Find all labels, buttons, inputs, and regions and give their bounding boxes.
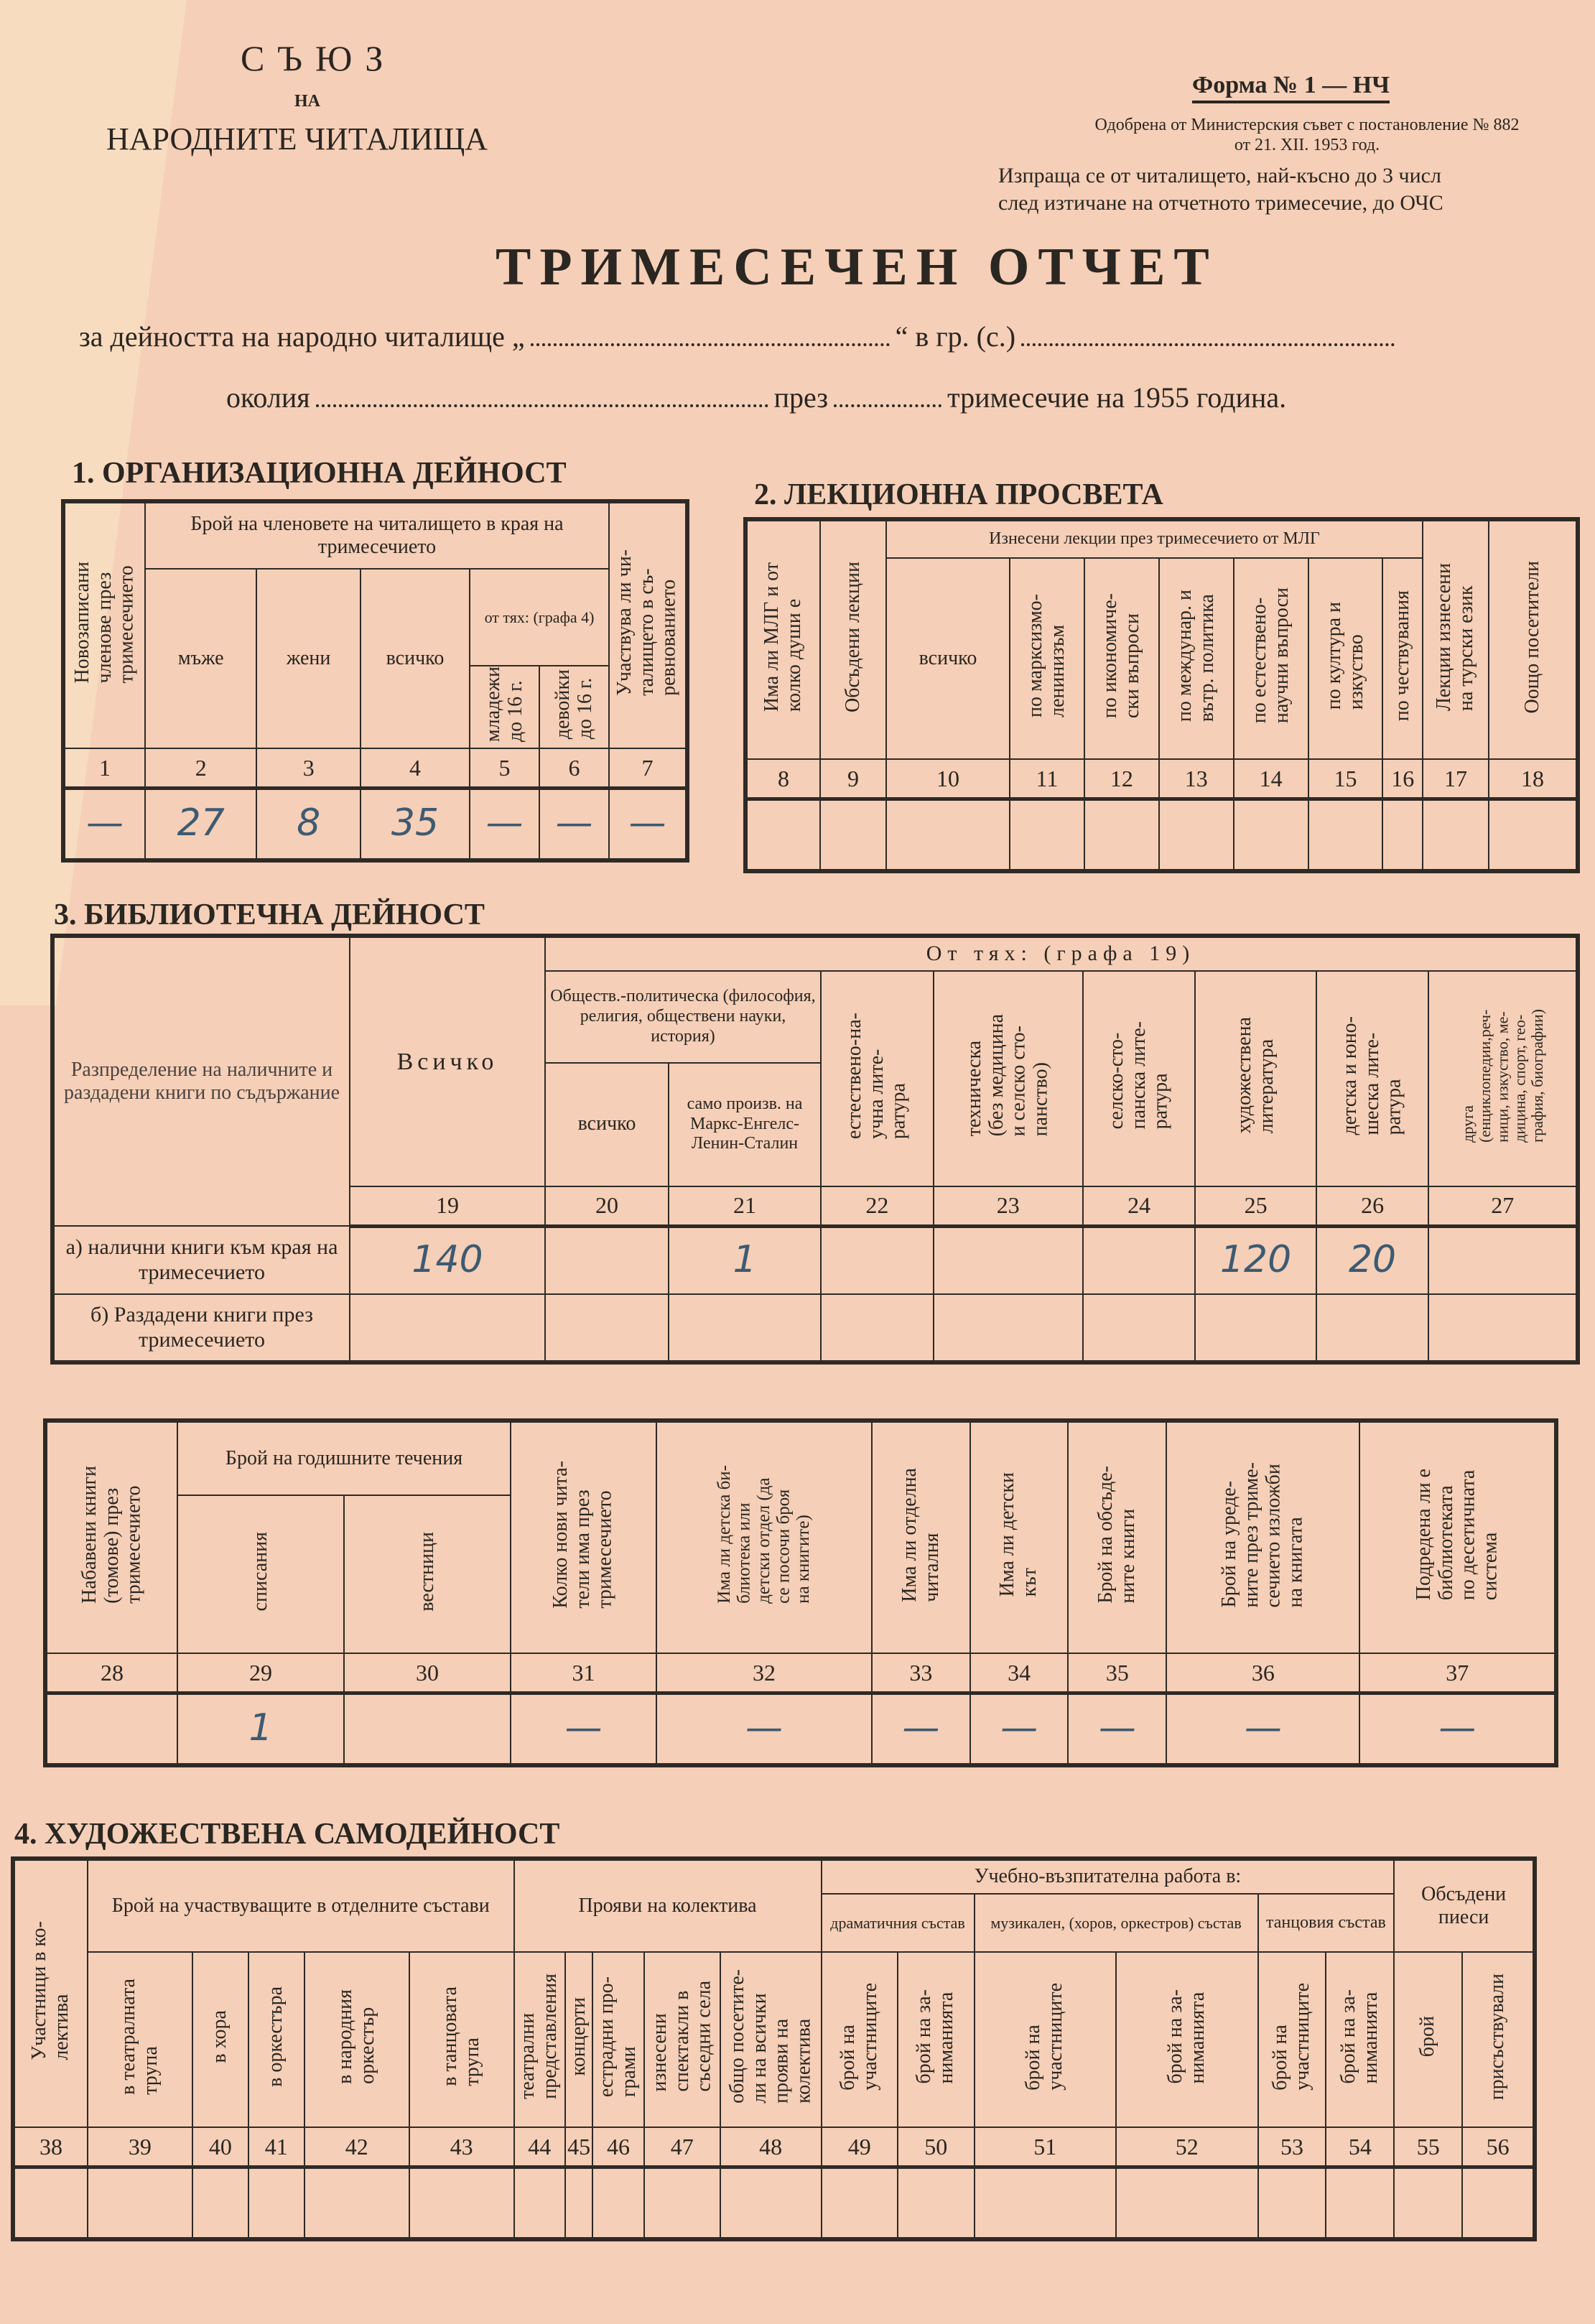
header-col-49: брой на участниците [822,1952,898,2127]
cell-20a[interactable] [545,1226,669,1294]
cell-56[interactable] [1462,2167,1535,2239]
row-a-label: а) налични книги към края на тримесечиет… [52,1226,350,1294]
periodicals-group: Брой на годишните течения [177,1421,511,1495]
approval-note: Одобрена от Министерския съвет с постано… [1020,115,1594,155]
art-activity-table: Участници в ко- лектива Брой на участвув… [11,1856,1537,2241]
cell-28[interactable] [45,1693,177,1765]
row-b-label: б) Раздадени книги през тримесечието [52,1294,350,1362]
header-col-20: всичко [545,1063,669,1186]
header-col-26: детска и юно- шеска лите- ратура [1316,971,1429,1186]
cell-10[interactable] [886,799,1010,871]
drama-subgroup: драматичния състав [822,1894,975,1952]
header-col-40: в хора [192,1952,248,2127]
header-col-43: в танцовата трупа [409,1952,514,2127]
cell-6[interactable]: — [539,789,609,860]
header-col-52: брой на за- ниманията [1116,1952,1258,2127]
quarter-field[interactable] [834,404,941,407]
header-col-25: художествена литература [1195,971,1316,1186]
district-field[interactable] [316,404,768,407]
cell-1[interactable]: — [63,789,145,860]
header-col-10: всичко [886,558,1010,759]
header-col-12: по икономиче- ски въпроси [1084,558,1159,759]
header-col-41: в оркестъра [248,1952,304,2127]
cell-48[interactable] [720,2167,822,2239]
header-col-4: всичко [361,569,470,748]
header-col-36: Брой на уреде- ните през триме- сечието … [1166,1421,1359,1653]
header-col-53: брой на участниците [1258,1952,1326,2127]
cell-38[interactable] [13,2167,88,2239]
subgroup-header: от тях: (графа 4) [470,569,609,666]
header-col-17: Лекции изнесени на турски език [1423,519,1489,759]
cell-55[interactable] [1394,2167,1462,2239]
intro-town-label: “ в гр. (с.) [896,320,1015,353]
cell-32[interactable]: — [656,1693,872,1765]
header-col-5: младежи до 16 г. [470,666,539,748]
cell-31[interactable]: — [511,1693,656,1765]
section-4-title: 4. ХУДОЖЕСТВЕНА САМОДЕЙНОСТ [14,1817,559,1851]
district-label: околия [226,381,310,414]
library-table: Разпределение на наличните и раздадени к… [50,934,1580,1365]
lecture-table: Има ли МЛГ и от колко души е Обсъдени ле… [743,517,1580,873]
header-col-45: концерти [565,1952,592,2127]
header-col-14: по естествено- научни въпроси [1234,558,1308,759]
cell-29[interactable]: 1 [177,1693,344,1765]
dance-subgroup: танцовия състав [1258,1894,1395,1952]
cell-26b[interactable] [1316,1294,1429,1362]
header-col-1: Новозаписани членове през тримесечието [63,501,145,748]
table-row [13,2167,1535,2239]
cell-27a[interactable] [1428,1226,1578,1294]
cell-7[interactable]: — [609,789,687,860]
column-numbers-row: 1234567 [63,748,687,789]
header-col-11: по марксизмо- ленинизъм [1010,558,1084,759]
plays-group: Обсъдени пиеси [1394,1859,1535,1952]
header-col-48: общо посетите- ли на всички прояви на ко… [720,1952,822,2127]
cell-30[interactable] [344,1693,511,1765]
chitalishte-name-field[interactable] [531,343,890,346]
header-col-31: Колко нови чита- тели има през тримесечи… [511,1421,656,1653]
cell-15[interactable] [1308,799,1383,871]
column-numbers-row: 28293031323334353637 [45,1653,1556,1693]
header-col-33: Има ли отделна читалня [872,1421,970,1653]
header-col-21: само произв. на Маркс-Енгелс-Ленин-Стали… [669,1063,821,1186]
header-col-46: естрадни про- грами [592,1952,643,2127]
header-col-15: по култура и изкуство [1308,558,1383,759]
cell-40[interactable] [192,2167,248,2239]
intro-line-2: околияпрезтримесечие на 1955 година. [226,381,1286,414]
header-col-22: естествено-на- учна лите- ратура [821,971,934,1186]
cell-36[interactable]: — [1166,1693,1359,1765]
social-political-group: Обществ.-политическа (философия, религия… [545,971,821,1063]
header-col-47: изнесени спектакли в съседни села [644,1952,720,2127]
section-2-title: 2. ЛЕКЦИОННА ПРОСВЕТА [754,478,1163,512]
cell-50[interactable] [898,2167,975,2239]
header-col-29: списания [177,1495,344,1653]
header-col-13: по междунар. и вътр. политика [1159,558,1234,759]
table-row: —27835——— [63,789,687,860]
header-col-24: селско-сто- панска лите- ратура [1083,971,1196,1186]
cell-17[interactable] [1423,799,1489,871]
cell-52[interactable] [1116,2167,1258,2239]
header-col-27: друга (енциклопедии,реч- ници, изкуство,… [1428,971,1578,1186]
section-1-title: 1. ОРГАНИЗАЦИОННА ДЕЙНОСТ [72,456,567,491]
header-col-37: Подредена ли е библиотеката по десетична… [1359,1421,1556,1653]
header-col-30: вестници [344,1495,511,1653]
cell-34[interactable]: — [970,1693,1069,1765]
header-col-32: Има ли детска би- блиотека или детски от… [656,1421,872,1653]
cell-43[interactable] [409,2167,514,2239]
table-row: 1——————— [45,1693,1556,1765]
header-col-34: Има ли детски кът [970,1421,1069,1653]
cell-24a[interactable] [1083,1226,1196,1294]
header-col-2: мъже [145,569,256,748]
cell-19a[interactable]: 140 [350,1226,545,1294]
cell-20b[interactable] [545,1294,669,1362]
cell-49[interactable] [822,2167,898,2239]
cell-27b[interactable] [1428,1294,1578,1362]
header-col-18: Оощо посетители [1489,519,1578,759]
column-numbers-row: 38394041424344454647484950515253545556 [13,2127,1535,2167]
union-title: СЪЮЗ [241,37,396,79]
cell-24b[interactable] [1083,1294,1196,1362]
table-row: б) Раздадени книги през тримесечието [52,1294,1578,1362]
cell-33[interactable]: — [872,1693,970,1765]
events-group: Прояви на колектива [514,1859,822,1952]
cell-21b[interactable] [669,1294,821,1362]
cell-22a[interactable] [821,1226,934,1294]
cell-41[interactable] [248,2167,304,2239]
cell-54[interactable] [1326,2167,1394,2239]
cell-45[interactable] [565,2167,592,2239]
cell-26a[interactable]: 20 [1316,1226,1429,1294]
header-col-55: брой [1394,1952,1462,2127]
cell-2[interactable]: 27 [145,789,256,860]
cell-35[interactable]: — [1068,1693,1166,1765]
cell-25a[interactable]: 120 [1195,1226,1316,1294]
header-col-9: Обсъдени лекции [820,519,886,759]
period-label: през [774,381,828,414]
cell-23b[interactable] [934,1294,1083,1362]
cell-5[interactable]: — [470,789,539,860]
header-col-28: Набавени книги (томове) през тримесечиет… [45,1421,177,1653]
of-them-group-header: От тях: (графа 19) [545,936,1578,971]
music-subgroup: музикален, (хоров, оркестров) състав [975,1894,1258,1952]
header-col-38: Участници в ко- лектива [13,1859,88,2127]
header-col-54: брой на за- ниманията [1326,1952,1394,2127]
cell-13[interactable] [1159,799,1234,871]
header-col-8: Има ли МЛГ и от колко души е [745,519,820,759]
library-details-table: Набавени книги (томове) през тримесечиет… [43,1418,1558,1767]
header-col-23: техническа (без медицина и селско сто- п… [934,971,1083,1186]
cell-46[interactable] [592,2167,643,2239]
submission-note: Изпраща се от читалището, най-късно до 3… [998,162,1443,217]
education-group: Учебно-възпитателна работа в: [822,1859,1395,1894]
form-number: Форма № 1 — НЧ [1192,72,1390,103]
cell-12[interactable] [1084,799,1159,871]
union-name: НАРОДНИТЕ ЧИТАЛИЩА [106,121,488,157]
union-na: НА [294,92,320,111]
cell-9[interactable] [820,799,886,871]
cell-23a[interactable] [934,1226,1083,1294]
cell-4[interactable]: 35 [361,789,470,860]
cell-8[interactable] [745,799,820,871]
header-col-56: присъствували [1462,1952,1535,2127]
cell-22b[interactable] [821,1294,934,1362]
header-col-44: театрални представления [514,1952,565,2127]
header-col-42: в народния оркестър [304,1952,409,2127]
cell-18[interactable] [1489,799,1578,871]
intro-prefix: за дейността на народно читалище „ [79,320,525,353]
cell-39[interactable] [88,2167,192,2239]
header-col-3: жени [256,569,361,748]
cell-3[interactable]: 8 [256,789,361,860]
header-col-35: Брой на обсъде- ните книги [1068,1421,1166,1653]
members-group-header: Брой на членовете на читалището в края н… [145,501,609,569]
cell-25b[interactable] [1195,1294,1316,1362]
table-row [745,799,1578,871]
lectures-group-header: Изнесени лекции през тримесечието от МЛГ [886,519,1423,558]
submission-line-1: Изпраща се от читалището, най-късно до 3… [998,162,1443,190]
table-row: а) налични книги към края на тримесечиет… [52,1226,1578,1294]
cell-51[interactable] [975,2167,1116,2239]
town-field[interactable] [1021,343,1395,346]
cell-16[interactable] [1382,799,1423,871]
header-col-6: девойки до 16 г. [539,666,609,748]
header-col-39: в театралната трупа [88,1952,192,2127]
column-numbers-row: 89101112131415161718 [745,759,1578,799]
header-col-7: Участвува ли чи- талището в съ- ревнован… [609,501,687,748]
page-title: ТРИМЕСЕЧЕН ОТЧЕТ [496,237,1218,298]
cell-14[interactable] [1234,799,1308,871]
approval-line-2: от 21. XII. 1953 год. [1020,135,1594,155]
cell-53[interactable] [1258,2167,1326,2239]
year-label: тримесечие на 1955 година. [947,381,1286,414]
intro-line-1: за дейността на народно читалище „“ в гр… [79,320,1400,353]
header-col-16: по чествувания [1382,558,1423,759]
header-col-19: Всичко [350,936,545,1186]
header-col-50: брой на за- ниманията [898,1952,975,2127]
cell-21a[interactable]: 1 [669,1226,821,1294]
cell-19b[interactable] [350,1294,545,1362]
cell-47[interactable] [644,2167,720,2239]
cell-37[interactable]: — [1359,1693,1556,1765]
participants-group: Брой на участвуващите в отделните състав… [88,1859,514,1952]
section-3-title: 3. БИБЛИОТЕЧНА ДЕЙНОСТ [54,898,485,932]
org-activity-table: Новозаписани членове през тримесечието Б… [61,499,689,863]
approval-line-1: Одобрена от Министерския съвет с постано… [1020,115,1594,135]
header-col-51: брой на участниците [975,1952,1116,2127]
submission-line-2: след изтичане на отчетното тримесечие, д… [998,190,1443,217]
cell-42[interactable] [304,2167,409,2239]
cell-44[interactable] [514,2167,565,2239]
cell-11[interactable] [1010,799,1084,871]
rowhead-distribution: Разпределение на наличните и раздадени к… [52,936,350,1226]
